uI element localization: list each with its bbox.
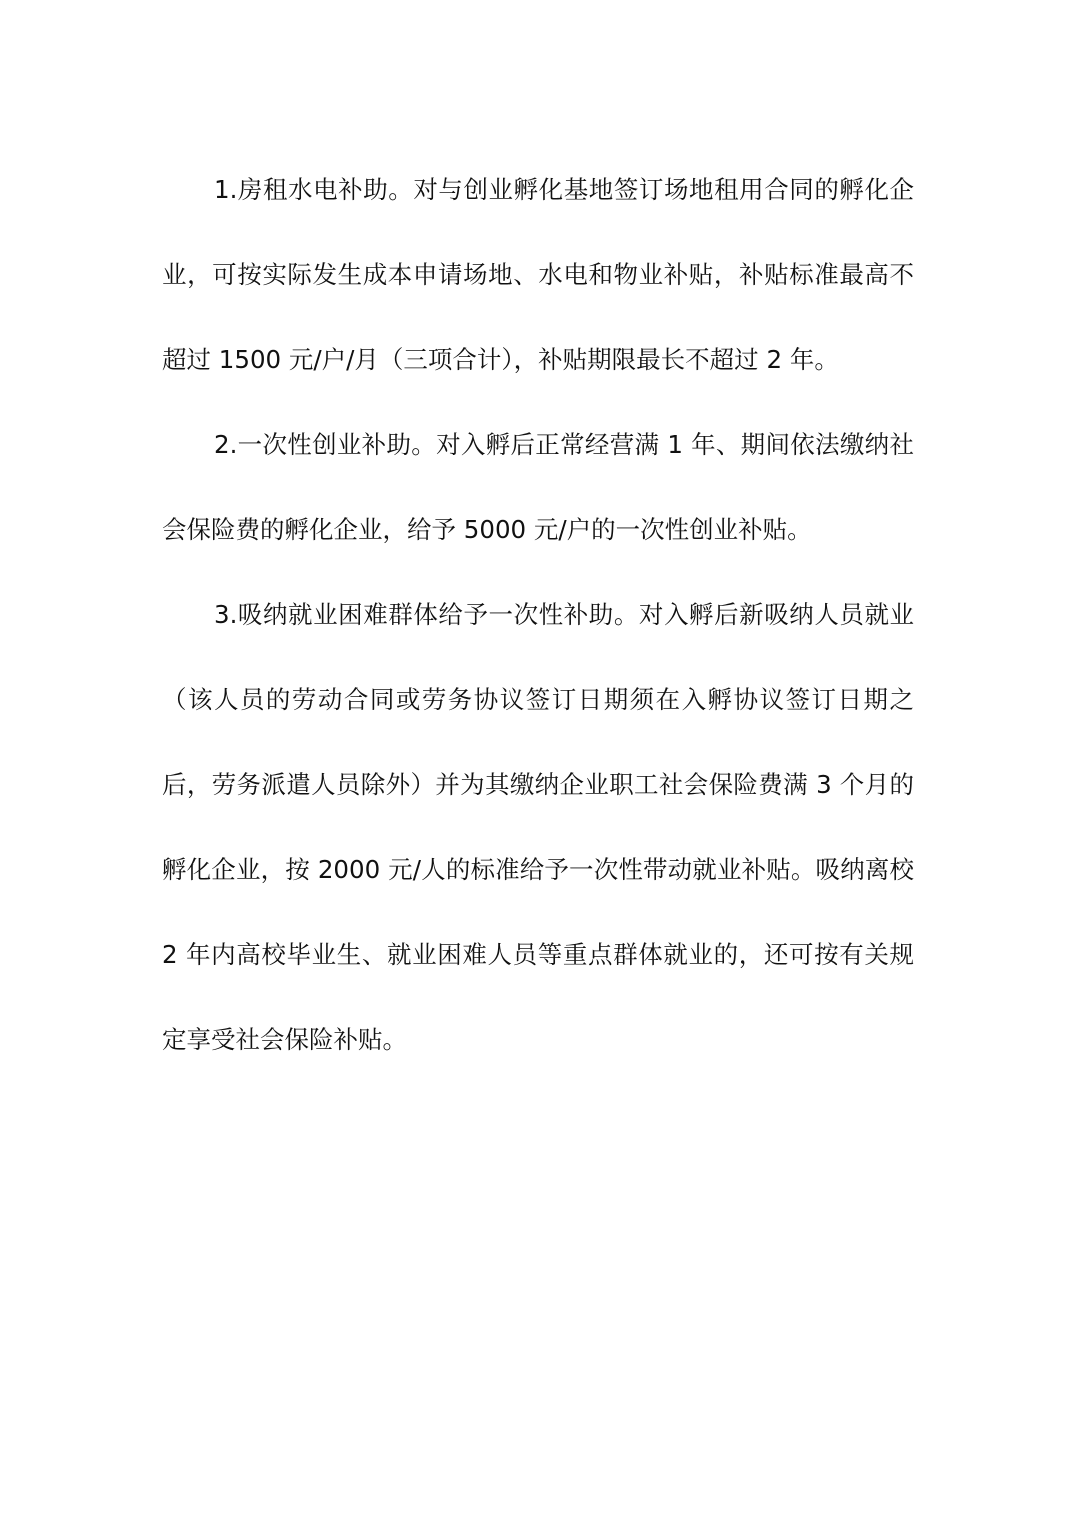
paragraph-line: 2.一次性创业补助。对入孵后正常经营满 1 年、期间依法缴纳社 xyxy=(162,402,914,487)
paragraph-line: 后，劳务派遣人员除外）并为其缴纳企业职工社会保险费满 3 个月的 xyxy=(162,742,914,827)
document-page: 1.房租水电补助。对与创业孵化基地签订场地租用合同的孵化企 业，可按实际发生成本… xyxy=(0,0,1074,1520)
paragraph-line: 3.吸纳就业困难群体给予一次性补助。对入孵后新吸纳人员就业 xyxy=(162,572,914,657)
paragraph-line: 会保险费的孵化企业，给予 5000 元/户的一次性创业补贴。 xyxy=(162,487,914,572)
paragraph-line: 业，可按实际发生成本申请场地、水电和物业补贴，补贴标准最高不 xyxy=(162,232,914,317)
paragraph-line: 超过 1500 元/户/月（三项合计），补贴期限最长不超过 2 年。 xyxy=(162,317,914,402)
document-body: 1.房租水电补助。对与创业孵化基地签订场地租用合同的孵化企 业，可按实际发生成本… xyxy=(162,147,914,1082)
paragraph-employment-absorption-subsidy: 3.吸纳就业困难群体给予一次性补助。对入孵后新吸纳人员就业 （该人员的劳动合同或… xyxy=(162,572,914,1082)
paragraph-rent-utilities-subsidy: 1.房租水电补助。对与创业孵化基地签订场地租用合同的孵化企 业，可按实际发生成本… xyxy=(162,147,914,402)
paragraph-line: 1.房租水电补助。对与创业孵化基地签订场地租用合同的孵化企 xyxy=(162,147,914,232)
paragraph-line: 孵化企业，按 2000 元/人的标准给予一次性带动就业补贴。吸纳离校 xyxy=(162,827,914,912)
paragraph-one-time-startup-subsidy: 2.一次性创业补助。对入孵后正常经营满 1 年、期间依法缴纳社 会保险费的孵化企… xyxy=(162,402,914,572)
paragraph-line: 2 年内高校毕业生、就业困难人员等重点群体就业的，还可按有关规 xyxy=(162,912,914,997)
paragraph-line: 定享受社会保险补贴。 xyxy=(162,997,914,1082)
paragraph-line: （该人员的劳动合同或劳务协议签订日期须在入孵协议签订日期之 xyxy=(162,657,914,742)
